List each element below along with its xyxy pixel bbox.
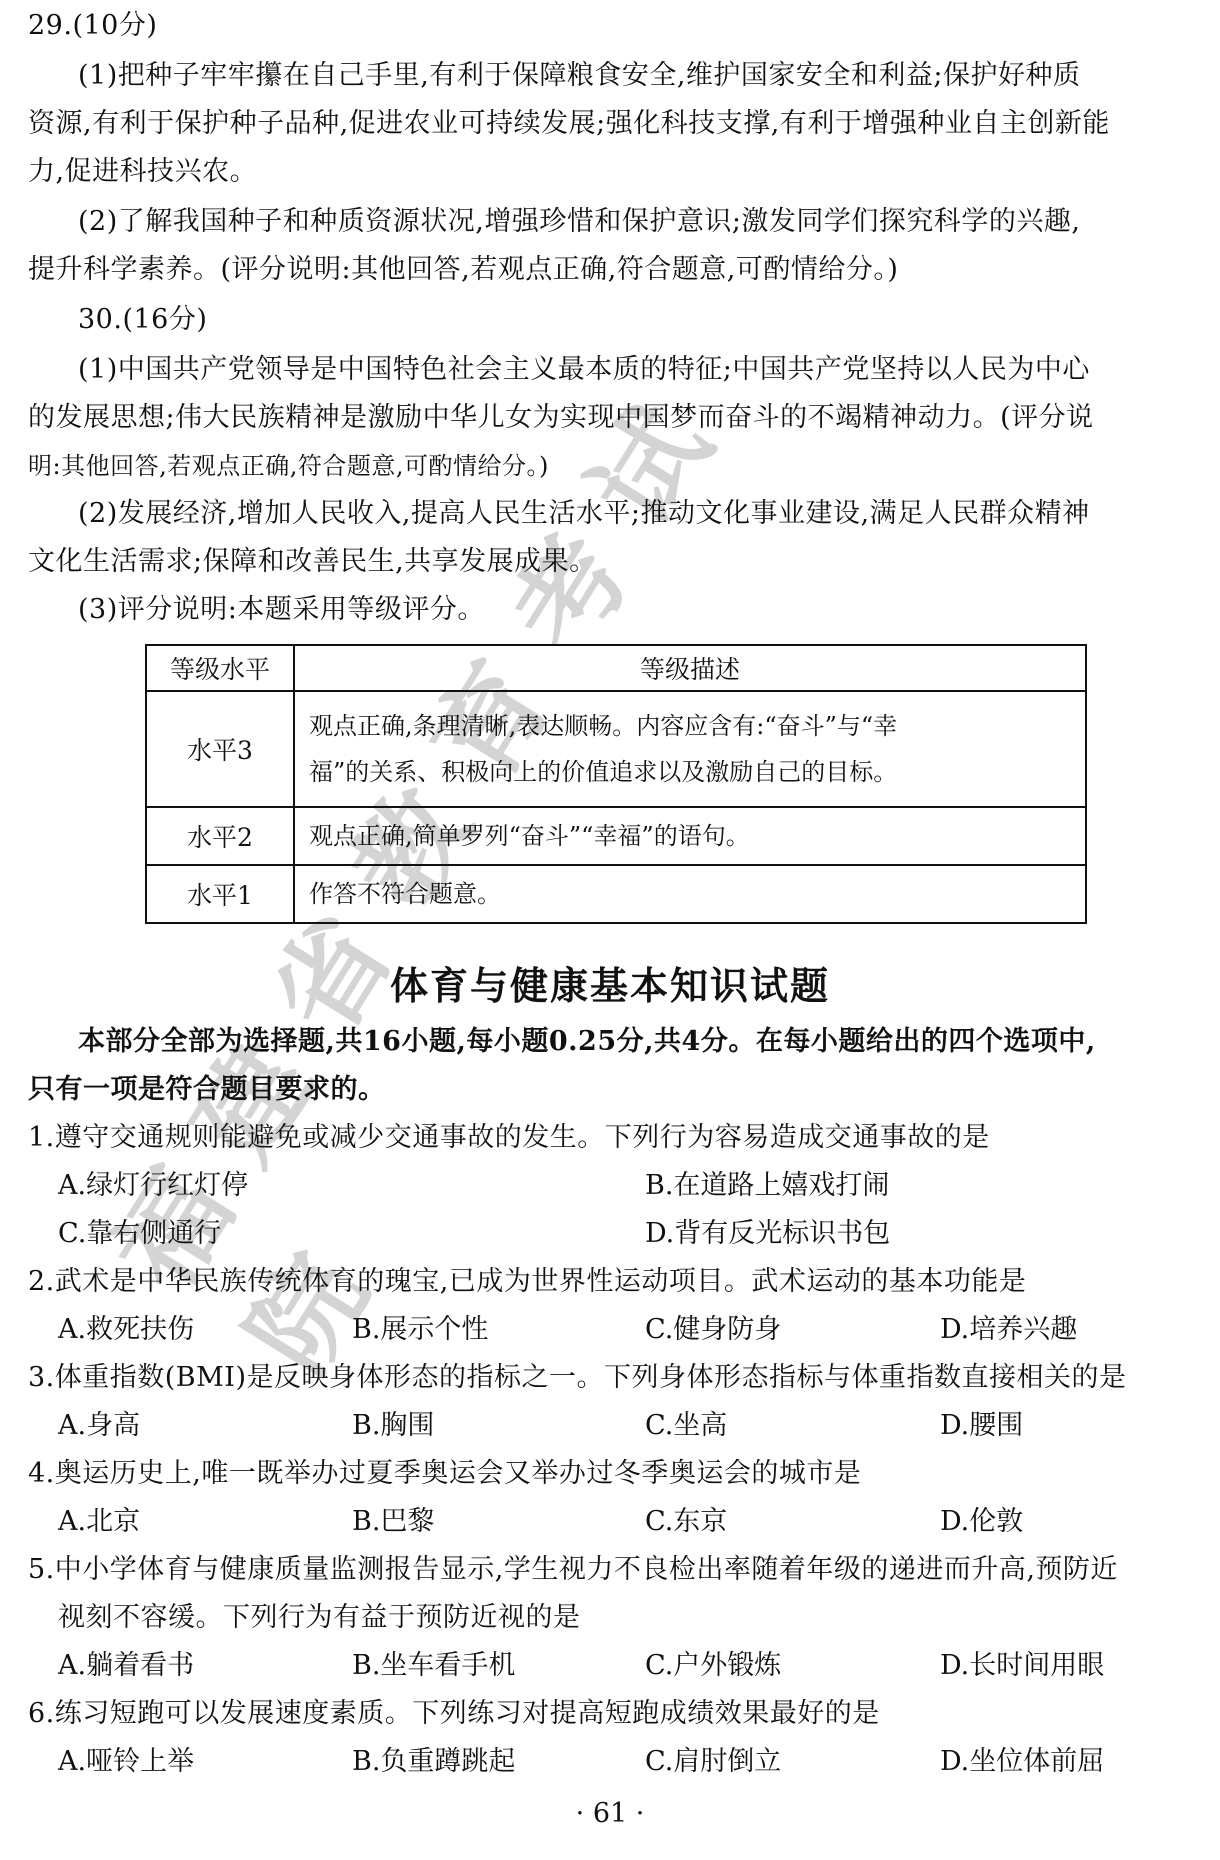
q30-part1-line1: (1)中国共产党领导是中国特色社会主义最本质的特征;中国共产党坚持以人民为中心 — [78, 352, 1200, 388]
table-header-row: 等级水平 等级描述 — [146, 645, 1086, 691]
description-line: 作答不符合题意。 — [309, 871, 1071, 917]
question-4-option-b: B.巴黎 — [352, 1504, 434, 1540]
q30-part1-line2: 的发展思想;伟大民族精神是激励中华儿女为实现中国梦而奋斗的不竭精神动力。(评分说 — [28, 400, 1200, 436]
question-5-stem-line1: 5.中小学体育与健康质量监测报告显示,学生视力不良检出率随着年级的递进而升高,预… — [28, 1552, 1200, 1588]
question-2-option-c: C.健身防身 — [645, 1312, 781, 1348]
q30-part2-line1: (2)发展经济,增加人民收入,提高人民生活水平;推动文化事业建设,满足人民群众精… — [78, 496, 1200, 532]
question-5-option-a: A.躺着看书 — [58, 1648, 194, 1684]
q30-part2-line2: 文化生活需求;保障和改善民生,共享发展成果。 — [28, 544, 1200, 580]
question-5-option-c: C.户外锻炼 — [645, 1648, 781, 1684]
level-cell: 水平1 — [146, 865, 294, 923]
question-4-option-d: D.伦敦 — [940, 1504, 1023, 1540]
page-number: · 61 · — [0, 1798, 1220, 1829]
question-3-option-c: C.坐高 — [645, 1408, 727, 1444]
question-1-option-b: B.在道路上嬉戏打闹 — [645, 1168, 889, 1204]
question-2-stem: 2.武术是中华民族传统体育的瑰宝,已成为世界性运动项目。武术运动的基本功能是 — [28, 1264, 1200, 1300]
question-2-option-b: B.展示个性 — [352, 1312, 488, 1348]
question-2-option-a: A.救死扶伤 — [58, 1312, 194, 1348]
question-2-option-d: D.培养兴趣 — [940, 1312, 1077, 1348]
level-cell: 水平2 — [146, 807, 294, 865]
q29-part1-line1: (1)把种子牢牢攥在自己手里,有利于保障粮食安全,维护国家安全和利益;保护好种质 — [78, 58, 1200, 94]
question-3-option-a: A.身高 — [58, 1408, 140, 1444]
description-cell: 观点正确,简单罗列“奋斗”“幸福”的语句。 — [294, 807, 1086, 865]
question-4-option-a: A.北京 — [58, 1504, 140, 1540]
section-intro-line1: 本部分全部为选择题,共16小题,每小题0.25分,共4分。在每小题给出的四个选项… — [78, 1024, 1200, 1060]
table-row: 水平1 作答不符合题意。 — [146, 865, 1086, 923]
question-6-option-c: C.肩肘倒立 — [645, 1744, 781, 1780]
question-1-option-c: C.靠右侧通行 — [58, 1216, 221, 1252]
question-4-stem: 4.奥运历史上,唯一既举办过夏季奥运会又举办过冬季奥运会的城市是 — [28, 1456, 1200, 1492]
q29-part2-line1: (2)了解我国种子和种质资源状况,增强珍惜和保护意识;激发同学们探究科学的兴趣, — [78, 204, 1200, 240]
q29-part1-line2: 资源,有利于保护种子品种,促进农业可持续发展;强化科技支撑,有利于增强种业自主创… — [28, 106, 1200, 142]
description-line: 观点正确,条理清晰,表达顺畅。内容应含有:“奋斗”与“幸 — [309, 703, 1071, 749]
description-cell: 作答不符合题意。 — [294, 865, 1086, 923]
question-3-option-b: B.胸围 — [352, 1408, 434, 1444]
question-6-option-b: B.负重蹲跳起 — [352, 1744, 515, 1780]
description-line: 观点正确,简单罗列“奋斗”“幸福”的语句。 — [309, 813, 1071, 859]
q29-part2-line2: 提升科学素养。(评分说明:其他回答,若观点正确,符合题意,可酌情给分。) — [28, 252, 1200, 288]
q30-part3: (3)评分说明:本题采用等级评分。 — [78, 592, 1200, 628]
question-6-option-a: A.哑铃上举 — [58, 1744, 194, 1780]
section-title: 体育与健康基本知识试题 — [0, 955, 1220, 1010]
header-level: 等级水平 — [146, 645, 294, 691]
table-row: 水平2 观点正确,简单罗列“奋斗”“幸福”的语句。 — [146, 807, 1086, 865]
question-1-option-d: D.背有反光标识书包 — [645, 1216, 890, 1252]
question-1-stem: 1.遵守交通规则能避免或减少交通事故的发生。下列行为容易造成交通事故的是 — [28, 1120, 1200, 1156]
description-cell: 观点正确,条理清晰,表达顺畅。内容应含有:“奋斗”与“幸 福”的关系、积极向上的… — [294, 691, 1086, 807]
question-3-stem: 3.体重指数(BMI)是反映身体形态的指标之一。下列身体形态指标与体重指数直接相… — [28, 1360, 1200, 1396]
question-6-stem: 6.练习短跑可以发展速度素质。下列练习对提高短跑成绩效果最好的是 — [28, 1696, 1200, 1732]
grading-table: 等级水平 等级描述 水平3 观点正确,条理清晰,表达顺畅。内容应含有:“奋斗”与… — [145, 644, 1087, 924]
q30-part1-line3: 明:其他回答,若观点正确,符合题意,可酌情给分。) — [28, 448, 1200, 484]
header-description: 等级描述 — [294, 645, 1086, 691]
level-cell: 水平3 — [146, 691, 294, 807]
question-3-option-d: D.腰围 — [940, 1408, 1023, 1444]
question-6-option-d: D.坐位体前屈 — [940, 1744, 1104, 1780]
question-4-option-c: C.东京 — [645, 1504, 727, 1540]
description-line: 福”的关系、积极向上的价值追求以及激励自己的目标。 — [309, 749, 1071, 795]
question-5-option-d: D.长时间用眼 — [940, 1648, 1104, 1684]
q29-part1-line3: 力,促进科技兴农。 — [28, 154, 1200, 190]
question-5-stem-line2: 视刻不容缓。下列行为有益于预防近视的是 — [58, 1600, 1200, 1636]
question-1-option-a: A.绿灯行红灯停 — [58, 1168, 248, 1204]
section-intro-line2: 只有一项是符合题目要求的。 — [28, 1072, 1200, 1108]
question-5-option-b: B.坐车看手机 — [352, 1648, 515, 1684]
q29-header: 29.(10分) — [28, 8, 1200, 44]
q30-header: 30.(16分) — [78, 302, 1200, 338]
table-row: 水平3 观点正确,条理清晰,表达顺畅。内容应含有:“奋斗”与“幸 福”的关系、积… — [146, 691, 1086, 807]
